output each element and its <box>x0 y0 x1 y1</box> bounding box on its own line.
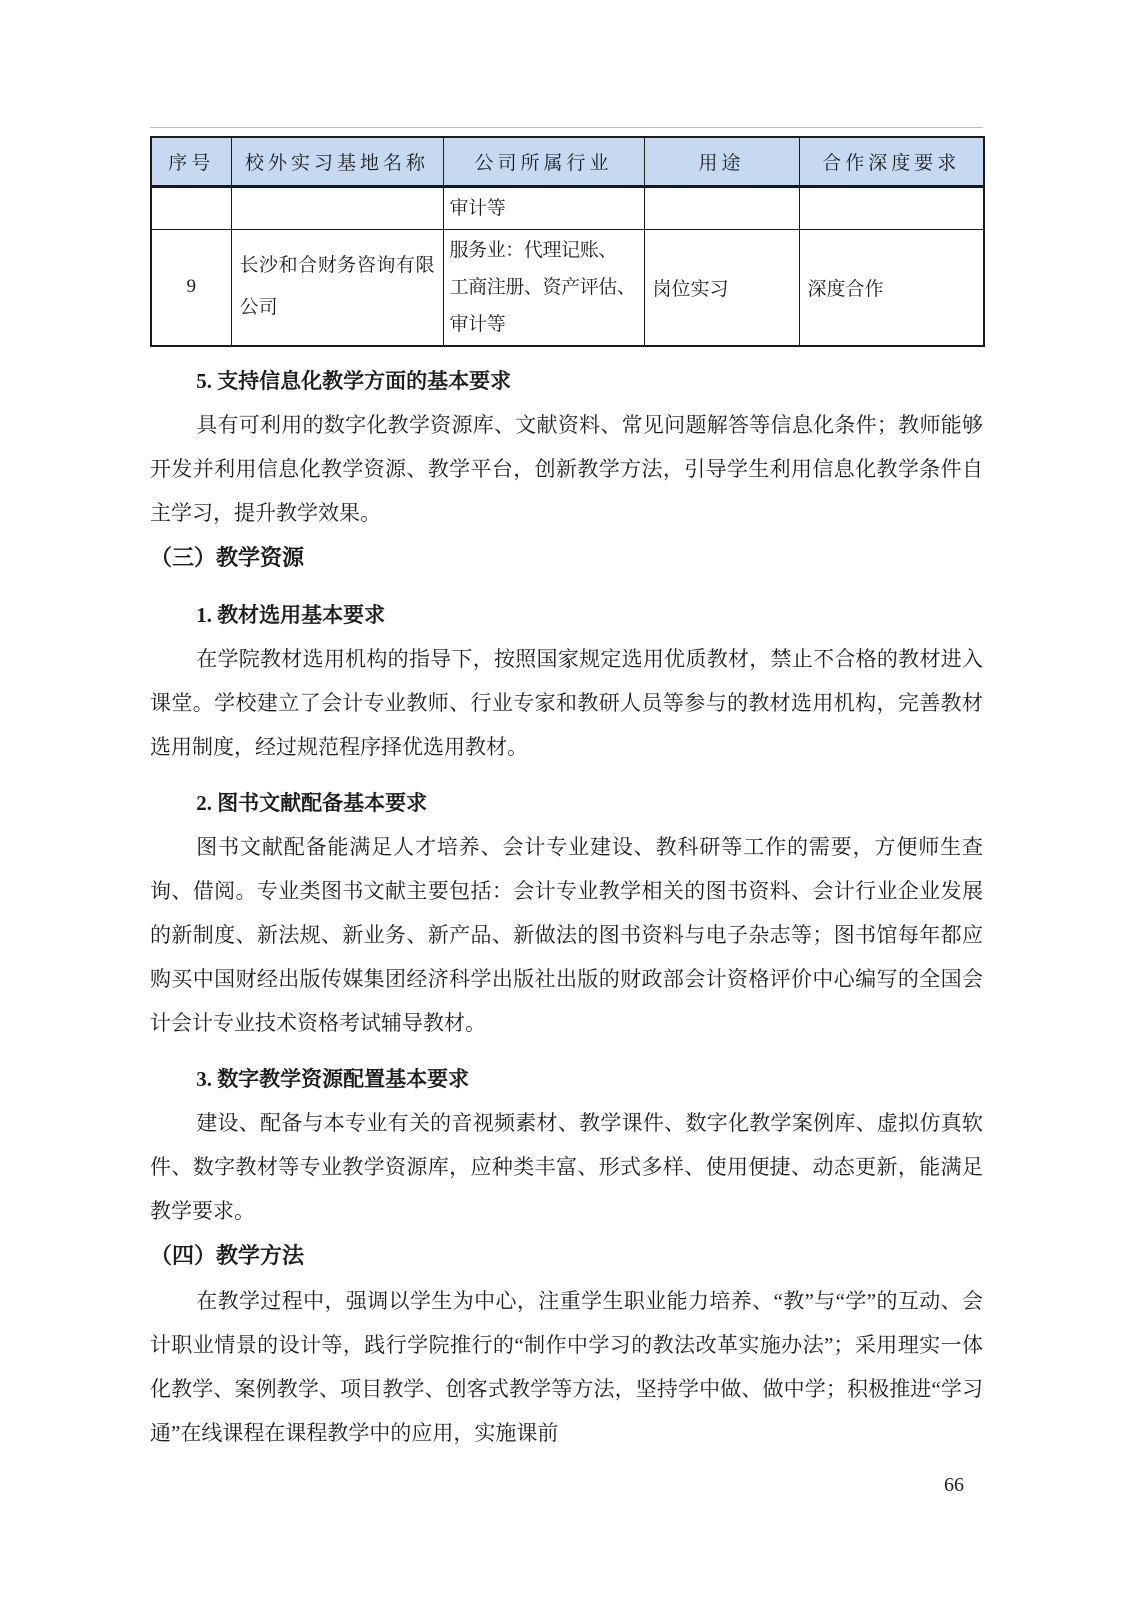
page-content: 序号 校外实习基地名称 公司所属行业 用途 合作深度要求 审计等 9 长 <box>150 0 983 1455</box>
col-header-industry: 公司所属行业 <box>443 137 644 186</box>
cell-base-name <box>231 186 443 229</box>
cell-purpose: 岗位实习 <box>644 229 799 346</box>
internship-base-table: 序号 校外实习基地名称 公司所属行业 用途 合作深度要求 审计等 9 长 <box>150 136 985 347</box>
paragraph-library-literature: 图书文献配备能满足人才培养、会计专业建设、教科研等工作的需要，方便师生查询、借阅… <box>150 825 983 1045</box>
heading-library-literature: 2. 图书文献配备基本要求 <box>150 781 983 825</box>
heading-textbook-selection: 1. 教材选用基本要求 <box>150 593 983 637</box>
paragraph-textbook-selection: 在学院教材选用机构的指导下，按照国家规定选用优质教材，禁止不合格的教材进入课堂。… <box>150 637 983 769</box>
table-header-row: 序号 校外实习基地名称 公司所属行业 用途 合作深度要求 <box>151 137 984 186</box>
col-header-depth: 合作深度要求 <box>799 137 984 186</box>
col-header-base-name: 校外实习基地名称 <box>231 137 443 186</box>
document-body: 5. 支持信息化教学方面的基本要求 具有可利用的数字化教学资源库、文献资料、常见… <box>150 359 983 1455</box>
paragraph-digital-resources: 建设、配备与本专业有关的音视频素材、教学课件、数字化教学案例库、虚拟仿真软件、数… <box>150 1101 983 1233</box>
table-top-rule <box>150 127 983 136</box>
paragraph-info-teaching: 具有可利用的数字化教学资源库、文献资料、常见问题解答等信息化条件；教师能够开发并… <box>150 403 983 535</box>
table-row-continuation: 审计等 <box>151 186 984 229</box>
cell-base-name: 长沙和合财务咨询有限公司 <box>231 229 443 346</box>
page-number: 66 <box>944 1474 964 1497</box>
cell-industry: 审计等 <box>443 186 644 229</box>
col-header-seq: 序号 <box>151 137 231 186</box>
cell-depth <box>799 186 984 229</box>
col-header-purpose: 用途 <box>644 137 799 186</box>
table-row: 9 长沙和合财务咨询有限公司 服务业：代理记账、 工商注册、资产评估、 审计等 … <box>151 229 984 346</box>
cell-purpose <box>644 186 799 229</box>
cell-industry: 服务业：代理记账、 工商注册、资产评估、 审计等 <box>443 229 644 346</box>
heading-section-teaching-methods: （四）教学方法 <box>150 1233 983 1279</box>
paragraph-teaching-methods: 在教学过程中，强调以学生为中心，注重学生职业能力培养、“教”与“学”的互动、会计… <box>150 1279 983 1455</box>
document-page: 序号 校外实习基地名称 公司所属行业 用途 合作深度要求 审计等 9 长 <box>0 0 1131 1600</box>
heading-section-teaching-resources: （三）教学资源 <box>150 535 983 581</box>
heading-digital-resources: 3. 数字教学资源配置基本要求 <box>150 1057 983 1101</box>
cell-seq <box>151 186 231 229</box>
cell-seq: 9 <box>151 229 231 346</box>
heading-info-teaching-req: 5. 支持信息化教学方面的基本要求 <box>150 359 983 403</box>
cell-depth: 深度合作 <box>799 229 984 346</box>
